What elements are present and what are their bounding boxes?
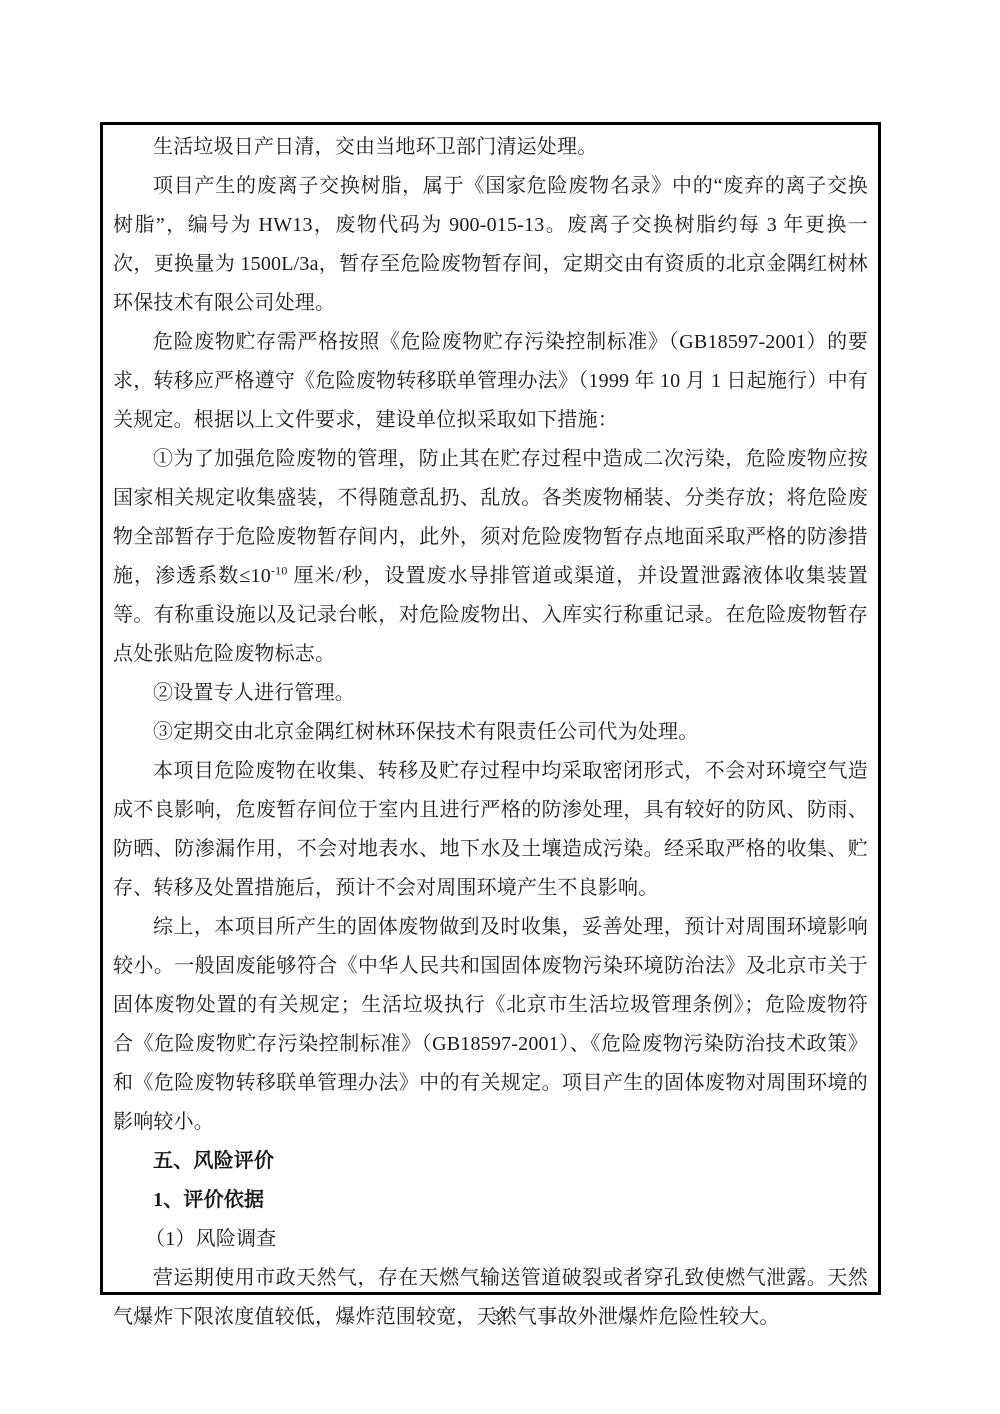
paragraph-domestic-waste: 生活垃圾日产日清，交由当地环卫部门清运处理。 <box>113 128 868 167</box>
paragraph-measure-1: ①为了加强危险废物的管理，防止其在贮存过程中造成二次污染，危险废物应按国家相关规… <box>113 440 868 674</box>
paragraph-solid-waste-summary: 综上，本项目所产生的固体废物做到及时收集，妥善处理，预计对周围环境影响较小。一般… <box>113 908 868 1142</box>
permeability-exponent-superscript: -10 <box>271 563 288 577</box>
document-border-box: 生活垃圾日产日清，交由当地环卫部门清运处理。 项目产生的废离子交换树脂，属于《国… <box>100 122 881 1295</box>
paragraph-measure-2: ②设置专人进行管理。 <box>113 674 868 713</box>
section-heading-risk-assessment: 五、风险评价 <box>113 1142 868 1181</box>
paragraph-storage-standards: 危险废物贮存需严格按照《危险废物贮存污染控制标准》（GB18597-2001）的… <box>113 323 868 440</box>
item-heading-risk-survey: （1）风险调查 <box>113 1220 868 1259</box>
paragraph-measure-3: ③定期交由北京金隅红树林环保技术有限责任公司代为处理。 <box>113 713 868 752</box>
subsection-heading-evaluation-basis: 1、评价依据 <box>113 1181 868 1220</box>
paragraph-hazardous-waste-sealed-handling: 本项目危险废物在收集、转移及贮存过程中均采取密闭形式，不会对环境空气造成不良影响… <box>113 752 868 908</box>
paragraph-waste-resin: 项目产生的废离子交换树脂，属于《国家危险废物名录》中的“废弃的离子交换树脂”，编… <box>113 167 868 323</box>
page-number: 31 <box>0 1308 1000 1326</box>
